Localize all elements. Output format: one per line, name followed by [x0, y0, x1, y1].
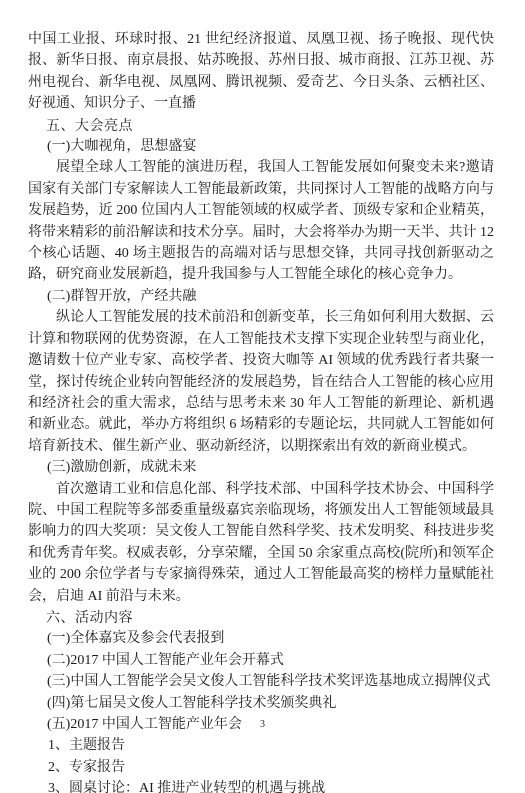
page-number: 3 — [0, 718, 525, 732]
numbered-item-1: 1、主题报告 — [28, 735, 494, 756]
document-content: 中国工业报、环球时报、21 世纪经济报道、凤凰卫视、扬子晚报、现代快报、新华日报… — [28, 29, 494, 793]
section-heading-activities: 六、活动内容 — [28, 607, 494, 628]
section-heading-highlights: 五、大会亮点 — [28, 115, 494, 136]
subsection-title-1: (一)大咖视角，思想盛宴 — [28, 136, 494, 157]
media-list-paragraph: 中国工业报、环球时报、21 世纪经济报道、凤凰卫视、扬子晚报、现代快报、新华日报… — [28, 29, 494, 115]
subsection-title-3: (三)激励创新，成就未来 — [28, 457, 494, 478]
activity-item-4: (四)第七届吴文俊人工智能科学技术奖颁奖典礼 — [28, 693, 494, 714]
numbered-item-2: 2、专家报告 — [28, 757, 494, 778]
body-paragraph-3: 首次邀请工业和信息化部、科学技术部、中国科学技术协会、中国科学院、中国工程院等多… — [28, 479, 494, 607]
numbered-item-3: 3、圆桌讨论：AI 推进产业转型的机遇与挑战 — [28, 778, 494, 793]
activity-item-3: (三)中国人工智能学会吴文俊人工智能科学技术奖评选基地成立揭牌仪式 — [28, 671, 494, 692]
activity-item-1: (一)全体嘉宾及参会代表报到 — [28, 628, 494, 649]
body-paragraph-2: 纵论人工智能发展的技术前沿和创新变革，长三角如何利用大数据、云计算和物联网的优势… — [28, 307, 494, 457]
document-page: 中国工业报、环球时报、21 世纪经济报道、凤凰卫视、扬子晚报、现代快报、新华日报… — [0, 0, 525, 793]
activity-item-2: (二)2017 中国人工智能产业年会开幕式 — [28, 650, 494, 671]
subsection-title-2: (二)群智开放，产经共融 — [28, 286, 494, 307]
body-paragraph-1: 展望全球人工智能的演进历程，我国人工智能发展如何聚变未来?邀请国家有关部门专家解… — [28, 157, 494, 285]
